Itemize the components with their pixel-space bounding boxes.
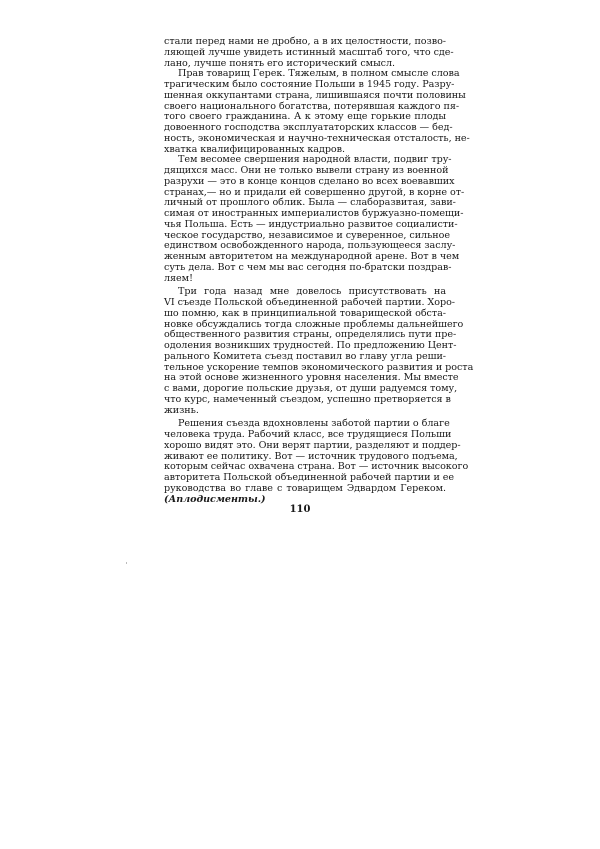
page-number: 110 xyxy=(0,504,600,515)
text-line: чья Польша. Есть — индустриально развито… xyxy=(164,220,446,231)
scan-speck xyxy=(126,562,127,564)
text-line: суть дела. Вот с чем мы вас сегодня по-б… xyxy=(164,263,446,274)
paragraph-3: Тем весомее свершения народной власти, п… xyxy=(164,155,446,284)
text-column: стали перед нами не дробно, а в их целос… xyxy=(164,37,446,505)
paragraph-5: Решения съезда вдохновлены заботой парти… xyxy=(164,419,446,505)
text-line: рального Комитета съезд поставил во глав… xyxy=(164,352,446,363)
paragraph-4: Три года назад мне довелось присутствова… xyxy=(164,287,446,416)
text-line: ляющей лучше увидеть истинный масштаб то… xyxy=(164,48,446,59)
text-line: что курс, намеченный съездом, успешно пр… xyxy=(164,395,446,406)
document-page: стали перед нами не дробно, а в их целос… xyxy=(0,0,600,849)
text-line: шенная оккупантами страна, лишившаяся по… xyxy=(164,91,446,102)
text-line: жизнь. xyxy=(164,406,446,417)
paragraph-1: стали перед нами не дробно, а в их целос… xyxy=(164,37,446,69)
text-line: шо помню, как в принципиальной товарищес… xyxy=(164,309,446,320)
text-line: руководства во главе с товарищем Эдвардо… xyxy=(164,484,446,495)
text-line: ляем! xyxy=(164,274,446,285)
paragraph-2: Прав товарищ Герек. Тяжелым, в полном см… xyxy=(164,69,446,155)
text-line: разрухи — это в конце концов сделано во … xyxy=(164,177,446,188)
text-line: хорошо видят это. Они верят партии, разд… xyxy=(164,441,446,452)
text-line: ность, экономическая и научно-техническа… xyxy=(164,134,446,145)
